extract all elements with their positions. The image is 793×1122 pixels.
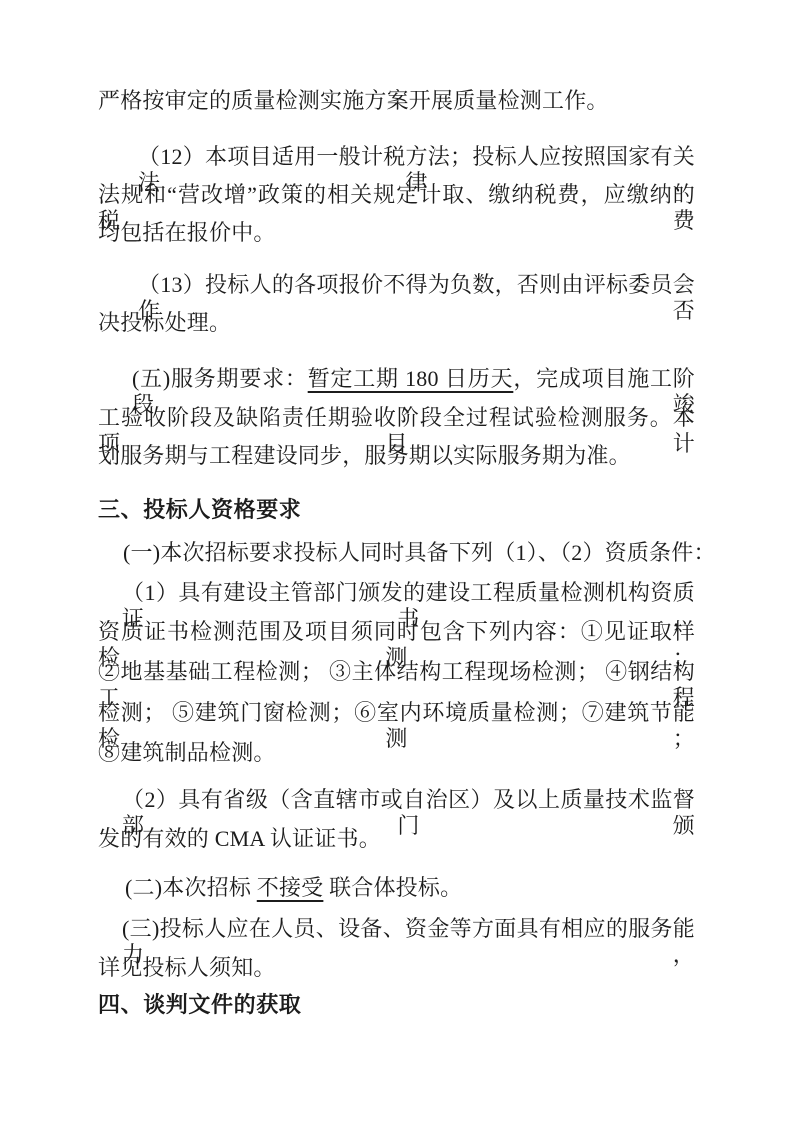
text-line: 发的有效的 CMA 认证证书。 [98,826,381,852]
text-run: (一)本次招标要求投标人同时具备下列（1）、（2）资质条件： [123,540,716,565]
text-run: 详见投标人须知。 [98,955,276,980]
underlined-text: 暂定工期 180 日历天 [308,366,514,391]
text-run: 三、投标人资格要求 [98,497,301,522]
text-line: 详见投标人须知。 [98,955,276,981]
text-run: (五)服务期要求： [132,366,308,391]
text-run: 均包括在报价中。 [98,220,276,245]
text-run: 决投标处理。 [98,310,231,335]
text-run: ⑧建筑制品检测。 [98,740,276,765]
text-run: 联合体投标。 [323,875,462,900]
text-run: 划服务期与工程建设同步，服务期以实际服务期为准。 [98,443,631,468]
text-line: (二)本次招标 不接受 联合体投标。 [125,875,462,901]
text-line: 决投标处理。 [98,310,231,336]
text-run: 严格按审定的质量检测实施方案开展质量检测工作。 [98,88,609,113]
text-line: 划服务期与工程建设同步，服务期以实际服务期为准。 [98,443,631,469]
section-heading: 四、谈判文件的获取 [98,992,301,1018]
underlined-text: 不接受 [257,875,324,900]
text-line: ⑧建筑制品检测。 [98,740,276,766]
text-line: (一)本次招标要求投标人同时具备下列（1）、（2）资质条件： [123,540,716,566]
text-run: 四、谈判文件的获取 [98,992,301,1017]
text-run: (二)本次招标 [125,875,257,900]
text-line: 均包括在报价中。 [98,220,276,246]
text-run: 发的有效的 CMA 认证证书。 [98,826,381,851]
document-page: 严格按审定的质量检测实施方案开展质量检测工作。（12）本项目适用一般计税方法；投… [0,0,793,1122]
text-line: 严格按审定的质量检测实施方案开展质量检测工作。 [98,88,609,114]
section-heading: 三、投标人资格要求 [98,497,301,523]
